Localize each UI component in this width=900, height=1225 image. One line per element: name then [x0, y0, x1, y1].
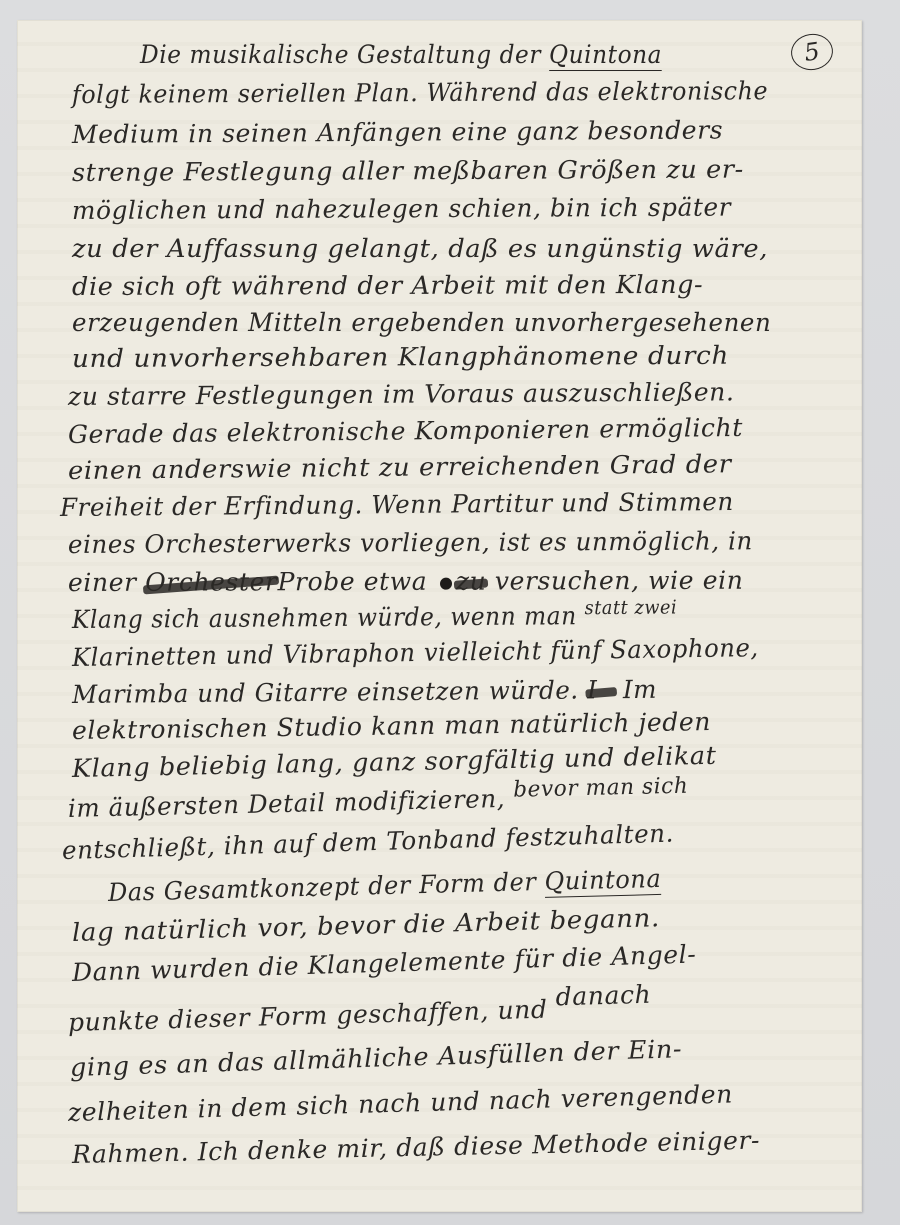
- manuscript-line: und unvorhersehbaren Klangphänomene durc…: [72, 343, 729, 371]
- manuscript-line: folgt keinem seriellen Plan. Während das…: [72, 78, 768, 107]
- struck-word: Orchester: [145, 569, 277, 594]
- manuscript-line: Die musikalische Gestaltung der Quintona: [140, 42, 662, 67]
- interlinear-insertion: statt zwei: [585, 596, 678, 619]
- manuscript-line: möglichen und nahezulegen schien, bin ic…: [72, 195, 731, 223]
- manuscript-line: Freiheit der Erfindung. Wenn Partitur un…: [60, 489, 734, 520]
- manuscript-line: die sich oft während der Arbeit mit den …: [72, 272, 703, 299]
- manuscript-line: Medium in seinen Anfängen eine ganz beso…: [72, 117, 723, 147]
- interlinear-insertion: bevor man sich: [513, 774, 689, 803]
- manuscript-line: eines Orchesterwerks vorliegen, ist es u…: [68, 528, 753, 557]
- manuscript-line: strenge Festlegung aller meßbaren Größen…: [72, 157, 744, 185]
- manuscript-line: zu der Auffassung gelangt, daß es ungüns…: [72, 236, 768, 261]
- underlined-title: Quintona: [549, 40, 662, 71]
- manuscript-line: zu starre Festlegungen im Voraus auszusc…: [68, 379, 735, 409]
- ink-blot: [440, 577, 452, 589]
- manuscript-line: einen anderswie nicht zu erreichenden Gr…: [68, 451, 732, 483]
- manuscript-line: Klang sich ausnehmen würde, wenn man sta…: [72, 602, 677, 632]
- manuscript-line: Gerade das elektronische Komponieren erm…: [68, 415, 743, 447]
- manuscript-line: erzeugenden Mitteln ergebenden unvorherg…: [72, 310, 771, 335]
- manuscript-line: Marimba und Gitarre einsetzen würde. I I…: [72, 677, 657, 707]
- struck-word: zu: [456, 569, 487, 594]
- interlinear-insertion: danach: [555, 980, 651, 1012]
- underlined-title: Quintona: [544, 864, 661, 898]
- manuscript-line: einer OrchesterProbe etwa zu versuchen, …: [68, 568, 743, 595]
- struck-word: I: [587, 677, 615, 702]
